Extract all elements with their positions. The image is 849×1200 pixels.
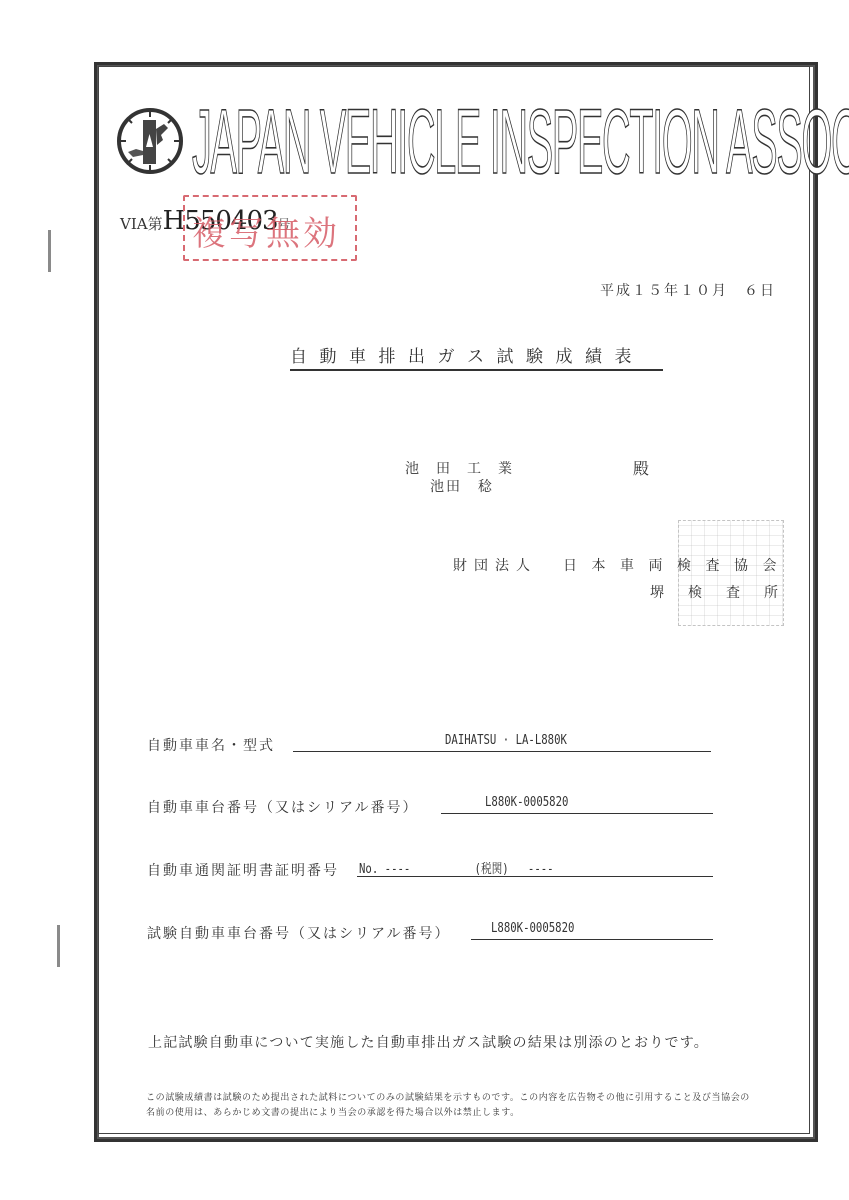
field-vehicle-name-model: 自動車車名・型式 DAIHATSU · LA-L880K	[147, 735, 717, 757]
issuer-branch: 堺検査所	[650, 582, 802, 602]
field-value: L880K-0005820	[485, 795, 568, 810]
issuer-legal-form: 財団法人	[453, 558, 537, 574]
field-underline	[471, 939, 713, 940]
issuer-name: 財団法人日本車両検査協会	[453, 555, 791, 575]
field-customs-certificate-number: 自動車通関証明書証明番号 No. ---- (税関) ----	[147, 860, 717, 882]
field-test-vehicle-chassis-number: 試験自動車車台番号（又はシリアル番号） L880K-0005820	[147, 923, 717, 945]
title-underline	[290, 369, 663, 371]
copy-invalid-stamp: 複写無効	[192, 206, 340, 255]
jvia-emblem-icon	[116, 107, 184, 175]
recipient-person: 池田 稔	[430, 476, 494, 496]
field-chassis-number: 自動車車台番号（又はシリアル番号） L880K-0005820	[147, 797, 717, 819]
field-value: L880K-0005820	[491, 921, 574, 936]
issue-date: 平成１５年１０月 ６日	[600, 280, 776, 300]
field-value: DAIHATSU · LA-L880K	[445, 733, 567, 748]
margin-mark-bottom	[57, 925, 60, 967]
document-title: 自動車排出ガス試験成績表	[290, 342, 663, 367]
recipient-company: 池田工業	[405, 458, 529, 478]
recipient-honorific: 殿	[633, 456, 649, 479]
via-prefix: VIA第	[120, 215, 163, 233]
field-label: 自動車車名・型式	[147, 735, 275, 755]
usage-notice-line1: この試験成績書は試験のため提出された試料についてのみの試験結果を示すものです。こ…	[146, 1090, 750, 1103]
via-letter: H	[163, 206, 185, 236]
issuer-organization: 日本車両検査協会	[563, 558, 791, 574]
field-value: No. ---- (税関) ----	[359, 858, 554, 877]
field-label: 試験自動車車台番号（又はシリアル番号）	[147, 923, 450, 943]
field-underline	[441, 813, 713, 814]
organization-name-banner: JAPAN VEHICLE INSPECTION ASSOCIATION	[192, 92, 458, 192]
field-label: 自動車車台番号（又はシリアル番号）	[147, 797, 418, 817]
margin-mark-top	[48, 230, 51, 272]
usage-notice-line2: 名前の使用は、あらかじめ文書の提出により当会の承認を得た場合以外は禁止します。	[146, 1105, 520, 1118]
field-label: 自動車通関証明書証明番号	[147, 860, 339, 880]
field-underline	[293, 751, 711, 752]
closing-statement: 上記試験自動車について実施した自動車排出ガス試験の結果は別添のとおりです。	[148, 1032, 709, 1052]
